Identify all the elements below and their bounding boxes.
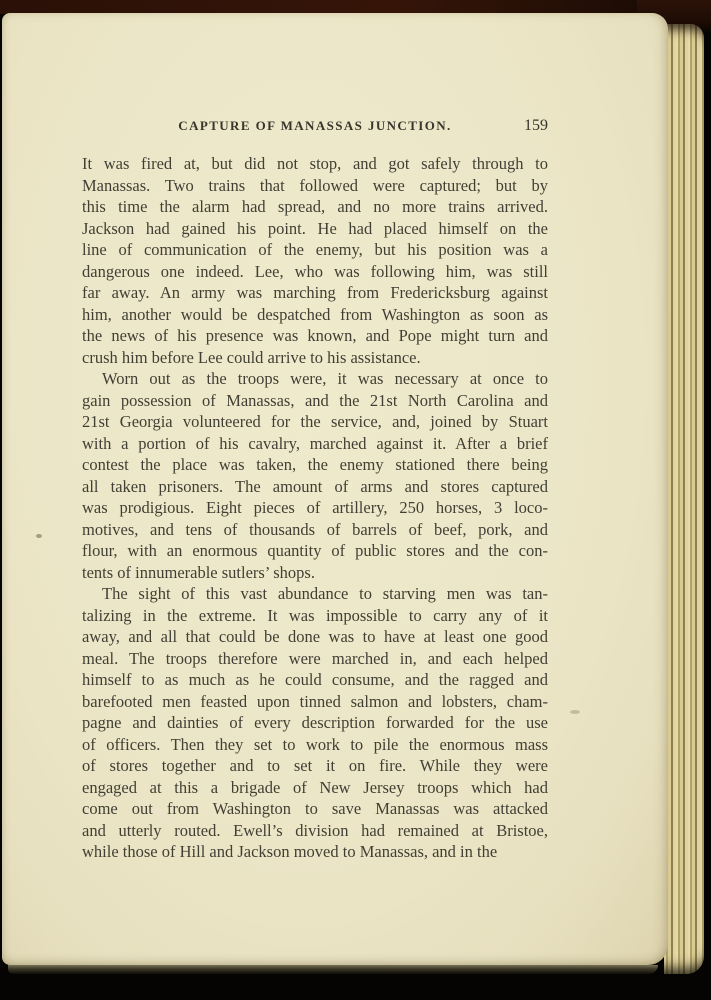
text-line: was prodigious. Eight pieces of artiller…	[82, 497, 548, 519]
text-line: Worn out as the troops were, it was nece…	[82, 368, 548, 390]
text-line: tents of innumerable sutlers’ shops.	[82, 562, 548, 584]
text-line: him, another would be despatched from Wa…	[82, 304, 548, 326]
body-text: It was fired at, but did not stop, and g…	[82, 153, 548, 863]
text-line: meal. The troops therefore were marched …	[82, 648, 548, 670]
text-line: of stores together and to set it on fire…	[82, 755, 548, 777]
text-line: with a portion of his cavalry, marched a…	[82, 433, 548, 455]
paragraph: It was fired at, but did not stop, and g…	[82, 153, 548, 368]
text-line: Jackson had gained his point. He had pla…	[82, 218, 548, 240]
text-line: this time the alarm had spread, and no m…	[82, 196, 548, 218]
text-line: line of communication of the enemy, but …	[82, 239, 548, 261]
scanned-book-photo: CAPTURE OF MANASSAS JUNCTION. 159 It was…	[0, 0, 711, 1000]
text-line: while those of Hill and Jackson moved to…	[82, 841, 548, 863]
text-line: of officers. Then they set to work to pi…	[82, 734, 548, 756]
text-line: all taken prisoners. The amount of arms …	[82, 476, 548, 498]
book-cover-top-edge	[0, 0, 711, 14]
page-header: CAPTURE OF MANASSAS JUNCTION. 159	[82, 118, 548, 138]
book-page: CAPTURE OF MANASSAS JUNCTION. 159 It was…	[2, 13, 668, 965]
text-line: dangerous one indeed. Lee, who was follo…	[82, 261, 548, 283]
text-line: and utterly routed. Ewell’s division had…	[82, 820, 548, 842]
text-line: pagne and dainties of every description …	[82, 712, 548, 734]
text-line: barefooted men feasted upon tinned salmo…	[82, 691, 548, 713]
text-line: far away. An army was marching from Fred…	[82, 282, 548, 304]
text-line: himself to as much as he could consume, …	[82, 669, 548, 691]
text-line: motives, and tens of thousands of barrel…	[82, 519, 548, 541]
text-line: contest the place was taken, the enemy s…	[82, 454, 548, 476]
text-line: gain possession of Manassas, and the 21s…	[82, 390, 548, 412]
page-number: 159	[524, 117, 548, 135]
ink-speck	[570, 710, 580, 714]
text-line: It was fired at, but did not stop, and g…	[82, 153, 548, 175]
paragraph: Worn out as the troops were, it was nece…	[82, 368, 548, 583]
text-line: the news of his presence was known, and …	[82, 325, 548, 347]
book-page-edges	[664, 24, 704, 974]
text-line: 21st Georgia volunteered for the service…	[82, 411, 548, 433]
paragraph: The sight of this vast abundance to star…	[82, 583, 548, 863]
text-line: engaged at this a brigade of New Jersey …	[82, 777, 548, 799]
text-line: Manassas. Two trains that followed were …	[82, 175, 548, 197]
running-head-title: CAPTURE OF MANASSAS JUNCTION.	[82, 118, 548, 134]
text-line: crush him before Lee could arrive to his…	[82, 347, 548, 369]
text-line: come out from Washington to save Manassa…	[82, 798, 548, 820]
text-line: away, and all that could be done was to …	[82, 626, 548, 648]
ink-speck	[36, 534, 42, 538]
text-line: flour, with an enormous quantity of publ…	[82, 540, 548, 562]
text-line: talizing in the extreme. It was impossib…	[82, 605, 548, 627]
text-line: The sight of this vast abundance to star…	[82, 583, 548, 605]
